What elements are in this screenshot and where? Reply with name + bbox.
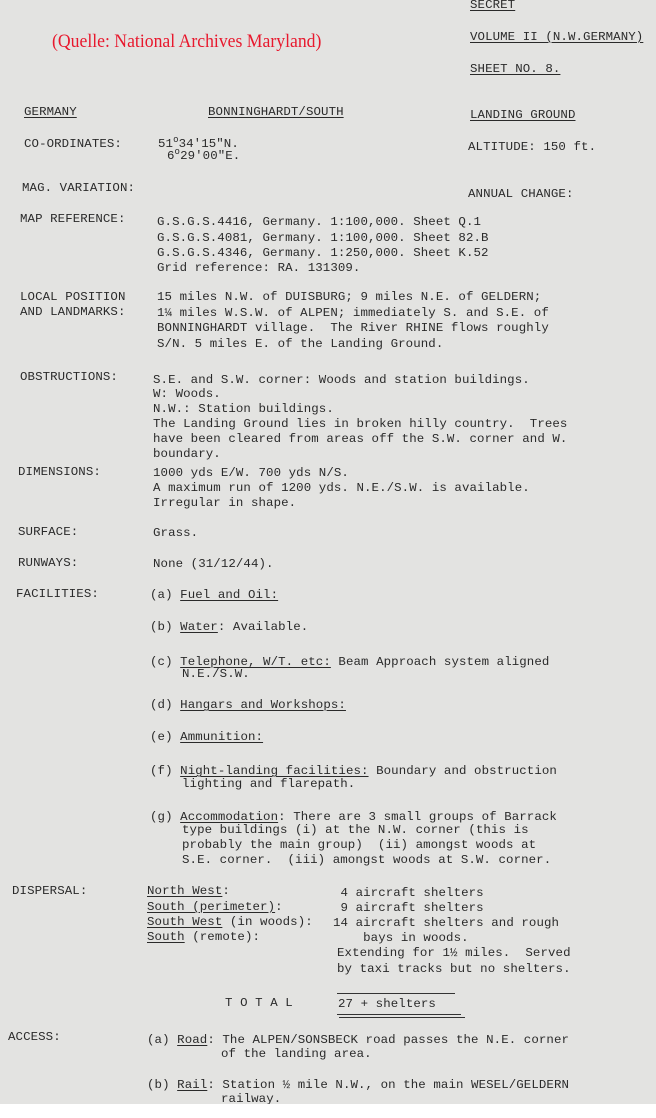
dimensions-label: DIMENSIONS: (18, 465, 101, 480)
obstructions-line: The Landing Ground lies in broken hilly … (153, 417, 567, 432)
dispersal-area: North West: (147, 884, 230, 899)
total-box: 27 + shelters (337, 993, 465, 1019)
dimensions-line: A maximum run of 1200 yds. N.E./S.W. is … (153, 481, 530, 496)
facilities-label: FACILITIES: (16, 587, 99, 602)
facility-accommodation-cont: probably the main group) (ii) amongst wo… (182, 838, 536, 853)
surface-label: SURFACE: (18, 525, 78, 540)
obstructions-line: W: Woods. (153, 387, 221, 402)
local-position-line: 1¼ miles W.S.W. of ALPEN; immediately S.… (157, 306, 549, 321)
facility-hangars: (d) Hangars and Workshops: (150, 698, 346, 713)
dispersal-area: South West (in woods): (147, 915, 313, 930)
map-reference-line: G.S.G.S.4346, Germany. 1:250,000. Sheet … (157, 246, 489, 261)
total-value: 27 + shelters (338, 997, 436, 1012)
longitude-value: 6o29'00"E. (167, 149, 240, 165)
access-rail: (b) Rail: Station ½ mile N.W., on the ma… (147, 1078, 569, 1093)
facility-accommodation-cont: S.E. corner. (iii) amongst woods at S.W.… (182, 853, 551, 868)
local-position-line: S/N. 5 miles E. of the Landing Ground. (157, 337, 443, 352)
runways-label: RUNWAYS: (18, 556, 78, 571)
dispersal-detail: 14 aircraft shelters and rough (333, 916, 559, 931)
runways-value: None (31/12/44). (153, 557, 274, 572)
coordinates-label: CO-ORDINATES: (24, 137, 122, 152)
dispersal-extra: Extending for 1½ miles. Served (337, 946, 571, 961)
access-label: ACCESS: (8, 1030, 61, 1045)
obstructions-line: N.W.: Station buildings. (153, 402, 334, 417)
facility-night-landing-cont: lighting and flarepath. (182, 777, 355, 792)
altitude-value: ALTITUDE: 150 ft. (468, 140, 596, 155)
obstructions-label: OBSTRUCTIONS: (20, 370, 118, 385)
total-label: T O T A L (225, 996, 293, 1011)
local-position-line: 15 miles N.W. of DUISBURG; 9 miles N.E. … (157, 290, 541, 305)
document-page: (Quelle: National Archives Maryland) SEC… (0, 0, 656, 1104)
dispersal-detail: 9 aircraft shelters (333, 901, 484, 916)
classification-stamp: SECRET (470, 0, 515, 13)
dispersal-area: South (perimeter): (147, 900, 283, 915)
map-reference-line: G.S.G.S.4416, Germany. 1:100,000. Sheet … (157, 215, 481, 230)
facility-water: (b) Water: Available. (150, 620, 308, 635)
dimensions-line: Irregular in shape. (153, 496, 296, 511)
local-position-label: LOCAL POSITION (20, 290, 126, 305)
access-road-cont: of the landing area. (221, 1047, 372, 1062)
dimensions-line: 1000 yds E/W. 700 yds N/S. (153, 466, 349, 481)
location-heading: BONNINGHARDT/SOUTH (208, 105, 344, 120)
surface-value: Grass. (153, 526, 198, 541)
volume-label: VOLUME II (N.W.GERMANY) (470, 30, 643, 45)
dispersal-label: DISPERSAL: (12, 884, 87, 899)
dispersal-area: South (remote): (147, 930, 260, 945)
grid-reference: Grid reference: RA. 131309. (157, 261, 360, 276)
facility-ammunition: (e) Ammunition: (150, 730, 263, 745)
access-road: (a) Road: The ALPEN/SONSBECK road passes… (147, 1033, 569, 1048)
map-reference-label: MAP REFERENCE: (20, 212, 126, 227)
annual-change-label: ANNUAL CHANGE: (468, 187, 574, 202)
landmarks-label: AND LANDMARKS: (20, 305, 126, 320)
dispersal-detail: 4 aircraft shelters (333, 886, 484, 901)
access-rail-cont: railway. (221, 1092, 281, 1104)
facility-telephone-cont: N.E./S.W. (182, 667, 250, 682)
obstructions-line: have been cleared from areas off the S.W… (153, 432, 567, 447)
mag-variation-label: MAG. VARIATION: (22, 181, 135, 196)
sheet-number: SHEET NO. 8. (470, 62, 560, 77)
dispersal-detail: bays in woods. (333, 931, 469, 946)
dispersal-extra: by taxi tracks but no shelters. (337, 962, 571, 977)
facility-accommodation-cont: type buildings (i) at the N.W. corner (t… (182, 823, 529, 838)
map-reference-line: G.S.G.S.4081, Germany. 1:100,000. Sheet … (157, 231, 489, 246)
facility-fuel-oil: (a) Fuel and Oil: (150, 588, 278, 603)
obstructions-line: boundary. (153, 447, 221, 462)
source-note: (Quelle: National Archives Maryland) (52, 31, 321, 53)
obstructions-line: S.E. and S.W. corner: Woods and station … (153, 373, 530, 388)
type-heading: LANDING GROUND (470, 108, 576, 123)
country-heading: GERMANY (24, 105, 77, 120)
local-position-line: BONNINGHARDT village. The River RHINE fl… (157, 321, 549, 336)
